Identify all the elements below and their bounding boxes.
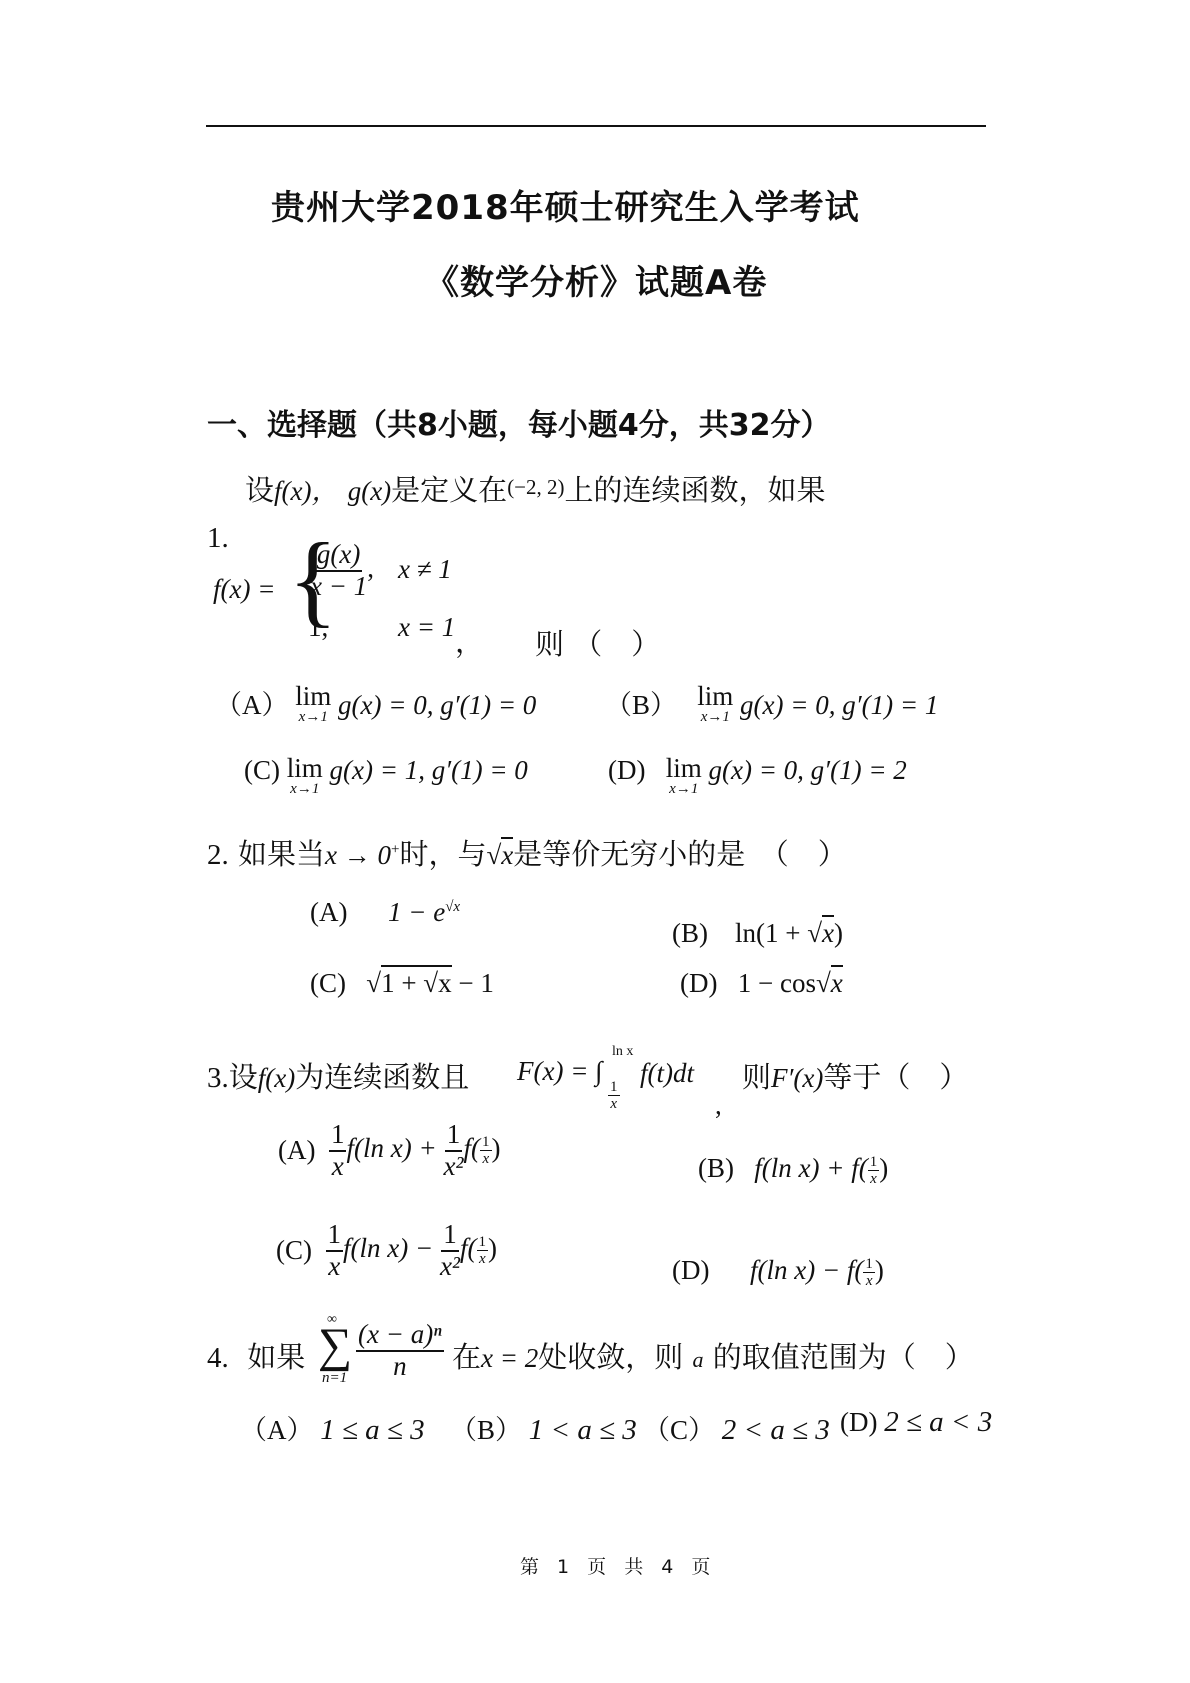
q1-option-c[interactable]: (C) limx→1 g(x) = 1, g′(1) = 0 bbox=[244, 755, 528, 797]
q1-option-b[interactable]: （B） limx→1 g(x) = 0, g′(1) = 1 bbox=[605, 683, 938, 725]
q4-option-b[interactable]: （B） 1 < a ≤ 3 bbox=[450, 1408, 637, 1447]
q4-option-a[interactable]: （A） 1 ≤ a ≤ 3 bbox=[240, 1408, 425, 1447]
q1-then: 则 （ ） bbox=[535, 622, 660, 663]
q2-option-b[interactable]: (B) ln(1 + √x) bbox=[672, 918, 843, 949]
q2-option-d[interactable]: (D) 1 − cos√x bbox=[680, 968, 843, 999]
q1-case2-val: 1, bbox=[308, 612, 328, 643]
q2-stem: 2. 如果当x → 0+时，与√x是等价无穷小的是 （ ） bbox=[207, 832, 847, 873]
q1-option-d[interactable]: (D) limx→1 g(x) = 0, g′(1) = 2 bbox=[608, 755, 907, 797]
q1-tail: ， bbox=[455, 620, 484, 661]
q3-integrand: f(t)dt bbox=[640, 1058, 694, 1089]
q3-option-b[interactable]: (B) f(ln x) + f(1x) bbox=[698, 1153, 888, 1188]
q3-integral-lhs: F(x) = ∫ bbox=[517, 1056, 603, 1087]
q4-sum-lower: n=1 bbox=[322, 1370, 347, 1387]
q1-case1-cond: x ≠ 1 bbox=[398, 554, 452, 585]
section-heading: 一、选择题（共8小题，每小题4分，共32分） bbox=[207, 400, 831, 444]
q1-case2-cond: x = 1 bbox=[398, 612, 455, 643]
q4-stem-start: 4. 如果 bbox=[207, 1335, 305, 1376]
q1-option-a[interactable]: （A） limx→1 g(x) = 0, g′(1) = 0 bbox=[215, 683, 536, 725]
q1-stem: 设f(x)， g(x)是定义在(−2, 2)上的连续函数，如果 bbox=[245, 468, 826, 509]
exam-subtitle: 《数学分析》试题A卷 bbox=[425, 255, 767, 304]
q3-int-upper: ln x bbox=[612, 1044, 633, 1060]
q4-option-d[interactable]: (D) 2 ≤ a < 3 bbox=[840, 1406, 992, 1439]
header-rule bbox=[206, 125, 986, 127]
q1-number: 1. bbox=[207, 522, 229, 555]
q3-option-a[interactable]: (A) 1xf(ln x) + 1x²f(1x) bbox=[278, 1120, 501, 1181]
q2-option-c[interactable]: (C) √1 + √x − 1 bbox=[310, 968, 494, 999]
q3-option-c[interactable]: (C) 1xf(ln x) − 1x²f(1x) bbox=[276, 1220, 497, 1281]
q4-term: (x − a)ⁿn bbox=[356, 1320, 444, 1381]
q1-piecewise-lhs: f(x) = bbox=[213, 574, 275, 605]
sum-icon: ∑ bbox=[318, 1322, 352, 1370]
q2-option-a[interactable]: (A) 1 − e√x bbox=[310, 897, 460, 928]
q1-case1: g(x)x − 1, bbox=[310, 540, 374, 601]
q3-stem: 3.设f(x)为连续函数且 bbox=[207, 1055, 469, 1096]
exam-title: 贵州大学2018年硕士研究生入学考试 bbox=[271, 180, 860, 229]
q3-int-lower: 1x bbox=[608, 1078, 620, 1113]
q3-option-d[interactable]: (D) f(ln x) − f(1x) bbox=[672, 1255, 884, 1290]
q3-comma: , bbox=[715, 1090, 722, 1121]
q4-stem-end: 在x = 2处收敛，则 a 的取值范围为（ ） bbox=[452, 1335, 974, 1376]
page-number: 第 1 页 共 4 页 bbox=[520, 1552, 716, 1579]
q3-then: 则F′(x)等于（ ） bbox=[742, 1055, 968, 1096]
q4-option-c[interactable]: （C） 2 < a ≤ 3 bbox=[643, 1408, 830, 1447]
